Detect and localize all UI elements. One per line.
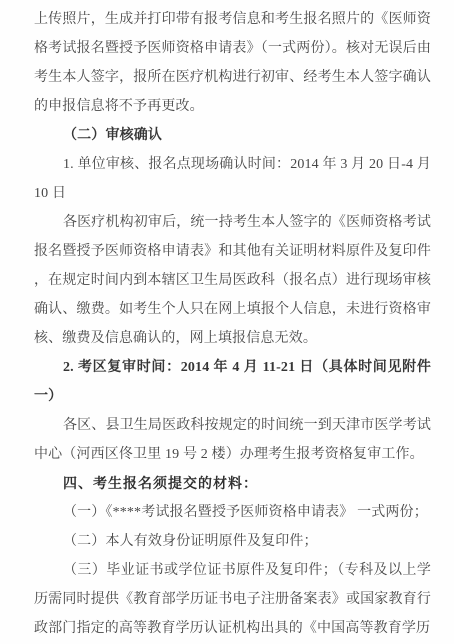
material-item-diploma: （三）毕业证书或学位证书原件及复印件；（专科及以上学历需同时提供《教育部学历证书… (34, 556, 431, 643)
paragraph-upload-photo-continuation: 上传照片，生成并打印带有报考信息和考生报名照片的《医师资格考试报名暨授予医师资格… (34, 5, 431, 121)
subsection-heading-review-confirmation: （二）审核确认 (34, 121, 431, 150)
paragraph-district-recheck: 各区、县卫生局医政科按规定的时间统一到天津市医学考试中心（河西区佟卫里 19 号… (34, 411, 431, 469)
paragraph-onsite-confirmation: 各医疗机构初审后，统一持考生本人签字的《医师资格考试报名暨授予医师资格申请表》和… (34, 208, 431, 353)
item-unit-review-time: 1. 单位审核、报名点现场确认时间：2014 年 3 月 20 日-4 月 10… (34, 150, 431, 208)
item-exam-area-recheck-time: 2. 考区复审时间：2014 年 4 月 11-21 日（具体时间见附件一） (34, 353, 431, 411)
section-heading-required-materials: 四、考生报名须提交的材料： (34, 469, 431, 498)
document-page: 上传照片，生成并打印带有报考信息和考生报名照片的《医师资格考试报名暨授予医师资格… (0, 0, 454, 644)
material-item-id-proof: （二）本人有效身份证明原件及复印件； (34, 527, 431, 556)
material-item-application-form: （一）《****考试报名暨授予医师资格申请表》 一式两份； (34, 498, 431, 527)
